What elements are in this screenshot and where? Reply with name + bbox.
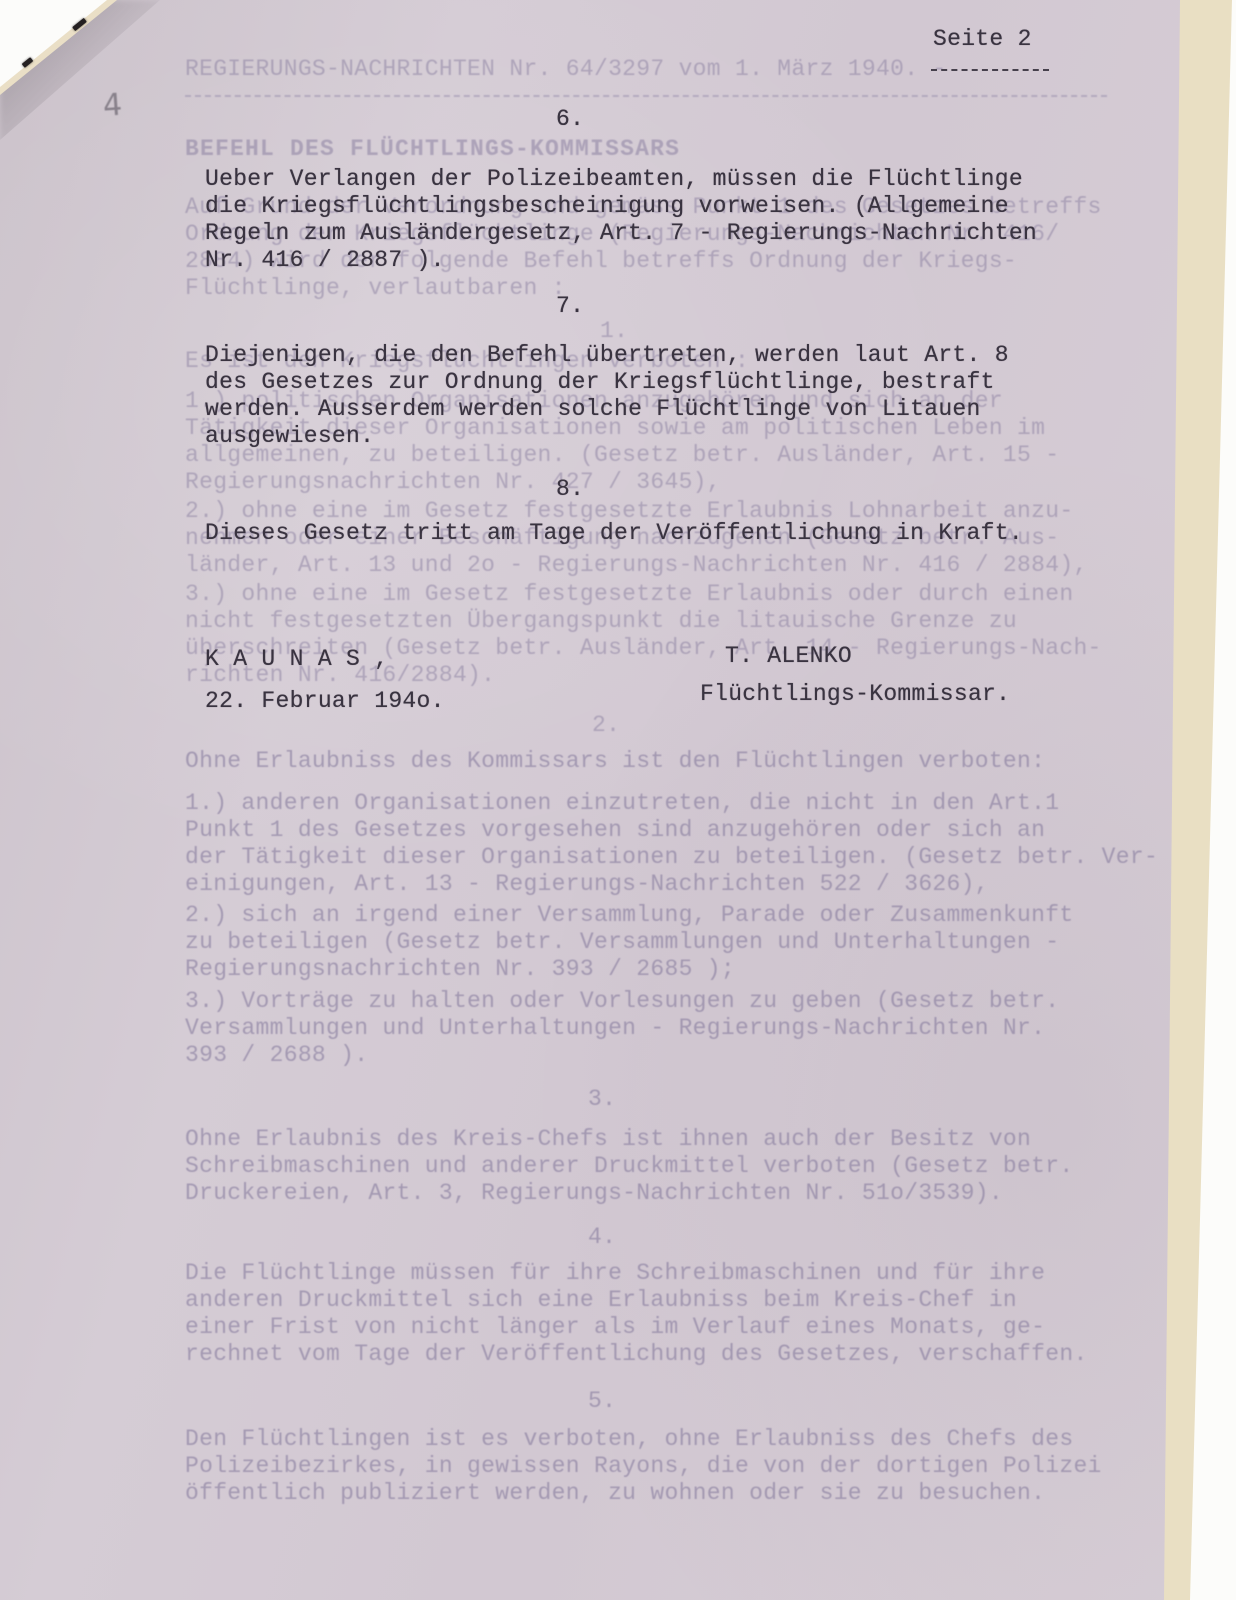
signature-place: K A U N A S , — [205, 646, 388, 673]
handwritten-note: 4 — [102, 87, 123, 123]
section-8-paragraph: Dieses Gesetz tritt am Tage der Veröffen… — [205, 520, 1023, 547]
ghost-section2-item3: 3.) Vorträge zu halten oder Vorlesungen … — [185, 988, 1059, 1069]
ghost-header-underline — [185, 95, 1107, 97]
section-7-number: 7. — [556, 293, 584, 320]
page-number: Seite 2 — [933, 26, 1032, 53]
ghost-section2-heading: Ohne Erlaubniss des Kommissars ist den F… — [185, 748, 1045, 775]
ghost-section2-item1: 1.) anderen Organisationen einzutreten, … — [185, 790, 1158, 898]
section-8-number: 8. — [556, 476, 584, 503]
signature-title: Flüchtlings-Kommissar. — [700, 681, 1010, 708]
section-6-paragraph: Ueber Verlangen der Polizeibeamten, müss… — [205, 166, 1037, 274]
page-number-underline — [931, 69, 1049, 71]
ghost-header: REGIERUNGS-NACHRICHTEN Nr. 64/3297 vom 1… — [185, 56, 947, 83]
ghost-section1-number: 1. — [600, 318, 628, 345]
signature-name: T. ALENKO — [725, 643, 852, 670]
document-scan: REGIERUNGS-NACHRICHTEN Nr. 64/3297 vom 1… — [0, 0, 1236, 1600]
ghost-section5-text: Den Flüchtlingen ist es verboten, ohne E… — [185, 1426, 1102, 1507]
ghost-section4-number: 4. — [588, 1224, 616, 1251]
ghost-section2-number: 2. — [592, 712, 620, 739]
section-6-number: 6. — [556, 106, 584, 133]
ghost-section4-text: Die Flüchtlinge müssen für ihre Schreibm… — [185, 1260, 1088, 1368]
section-7-paragraph: Diejenigen, die den Befehl übertreten, w… — [205, 342, 1009, 450]
ghost-section5-number: 5. — [588, 1388, 616, 1415]
ghost-title: BEFEHL DES FLÜCHTLINGS-KOMMISSARS — [185, 136, 680, 163]
ghost-section3-number: 3. — [588, 1086, 616, 1113]
ghost-section3-text: Ohne Erlaubnis des Kreis-Chefs ist ihnen… — [185, 1126, 1073, 1207]
ghost-section2-item2: 2.) sich an irgend einer Versammlung, Pa… — [185, 902, 1073, 983]
signature-date: 22. Februar 194o. — [205, 688, 445, 715]
